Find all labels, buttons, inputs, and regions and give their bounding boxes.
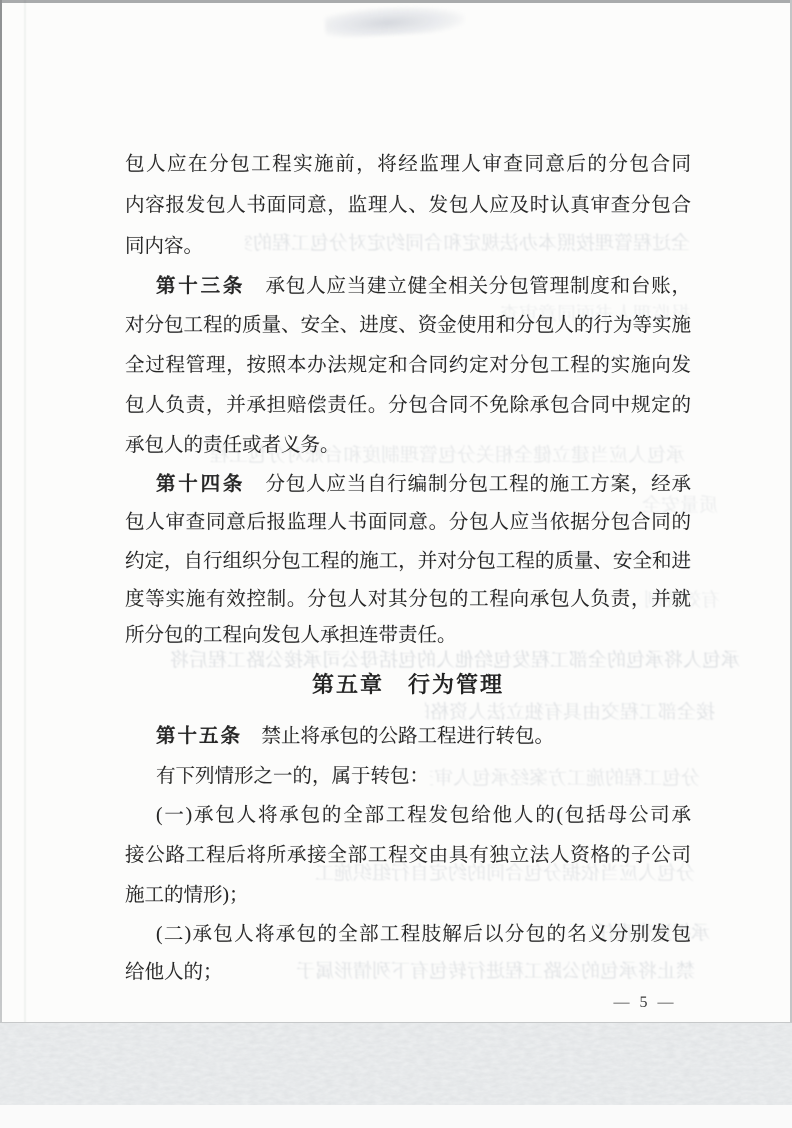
body-line: 度等实施有效控制。分包人对其分包的工程向承包人负责，并就: [125, 587, 691, 617]
line-text: 禁止将承包的公路工程进行转包。: [242, 726, 554, 747]
article-number: 第十四条: [156, 473, 245, 495]
body-line: 包人审查同意后报监理人书面同意。分包人应当依据分包合同的: [125, 510, 691, 540]
body-line: 包人应在分包工程实施前，将经监理人审查同意后的分包合同: [125, 152, 691, 182]
page-number: — 5 —: [585, 994, 705, 1012]
line-text: 对分包工程的质量、安全、进度、资金使用和分包人的行为等实施: [125, 315, 691, 336]
line-text: 分包人应当自行编制分包工程的施工方案，经承: [245, 474, 691, 495]
scan-smudge: [324, 3, 465, 38]
body-line: 全过程管理，按照本办法规定和合同约定对分包工程的实施向发: [125, 353, 691, 383]
line-text: 包人负责，并承担赔偿责任。分包合同不免除承包合同中规定的: [125, 395, 691, 416]
body-line: 所分包的工程向发包人承担连带责任。: [125, 623, 691, 653]
article-number: 第十五条: [156, 725, 242, 747]
line-text: 给他人的；: [125, 962, 223, 983]
line-text: 有下列情形之一的，属于转包：: [156, 766, 429, 787]
article-line: 第十三条 承包人应当建立健全相关分包管理制度和台账，: [125, 273, 691, 303]
scan-edge-top: [0, 0, 792, 3]
body-line: 约定，自行组织分包工程的施工，并对分包工程的质量、安全和进: [125, 549, 691, 579]
body-line: 施工的情形)；: [125, 883, 691, 913]
body-line: 承包人的责任或者义务。: [125, 433, 691, 463]
article-line: 第十五条 禁止将承包的公路工程进行转包。: [125, 723, 691, 753]
line-text: 度等实施有效控制。分包人对其分包的工程向承包人负责，并就: [125, 589, 691, 610]
body-line: (二)承包人将承包的全部工程肢解后以分包的名义分别发包: [125, 922, 691, 952]
line-text: 承包人的责任或者义务。: [125, 435, 340, 456]
bleedthrough-ghost-text: 接全部工程交由具有独立法人资格的子公司: [425, 697, 715, 721]
line-text: 同内容。: [125, 236, 203, 257]
paper-fold-line: [24, 0, 26, 1030]
line-text: 内容报发包人书面同意，监理人、发包人应及时认真审查分包合: [125, 195, 691, 216]
body-line: (一)承包人将承包的全部工程发包给他人的(包括母公司承: [125, 803, 691, 833]
line-text: 包人应在分包工程实施前，将经监理人审查同意后的分包合同: [125, 154, 691, 175]
body-line: 包人负责，并承担赔偿责任。分包合同不免除承包合同中规定的: [125, 393, 691, 423]
line-text: (一)承包人将承包的全部工程发包给他人的(包括母公司承: [156, 805, 691, 826]
scan-noise-band: [0, 1022, 792, 1106]
body-line: 接公路工程后将所承接全部工程交由具有独立法人资格的子公司: [125, 843, 691, 873]
body-line: 有下列情形之一的，属于转包：: [125, 764, 691, 794]
line-text: (二)承包人将承包的全部工程肢解后以分包的名义分别发包: [156, 924, 691, 945]
body-line: 对分包工程的质量、安全、进度、资金使用和分包人的行为等实施: [125, 313, 691, 343]
scan-edge-left: [0, 0, 2, 1128]
line-text: 全过程管理，按照本办法规定和合同约定对分包工程的实施向发: [125, 355, 691, 376]
scan-bottom-margin: [0, 1105, 792, 1128]
noise-texture: [0, 1023, 792, 1105]
line-text: 承包人应当建立健全相关分包管理制度和台账，: [245, 276, 691, 297]
article-number: 第十三条: [156, 275, 245, 297]
line-text: 约定，自行组织分包工程的施工，并对分包工程的质量、安全和进: [125, 551, 691, 572]
line-text: 施工的情形)；: [125, 885, 249, 906]
line-text: 包人审查同意后报监理人书面同意。分包人应当依据分包合同的: [125, 512, 691, 533]
line-text: 所分包的工程向发包人承担连带责任。: [125, 625, 457, 646]
article-line: 第十四条 分包人应当自行编制分包工程的施工方案，经承: [125, 471, 691, 501]
line-text: 接公路工程后将所承接全部工程交由具有独立法人资格的子公司: [125, 845, 691, 866]
scanned-document-page: 全过程管理按照本办法规定和合同约定对分包工程的实施 报监理人书面同意审查 承包人…: [0, 0, 792, 1128]
body-line: 同内容。: [125, 234, 691, 264]
body-line: 给他人的；: [125, 960, 691, 990]
chapter-heading: 第五章 行为管理: [125, 668, 691, 699]
body-line: 内容报发包人书面同意，监理人、发包人应及时认真审查分包合: [125, 193, 691, 223]
